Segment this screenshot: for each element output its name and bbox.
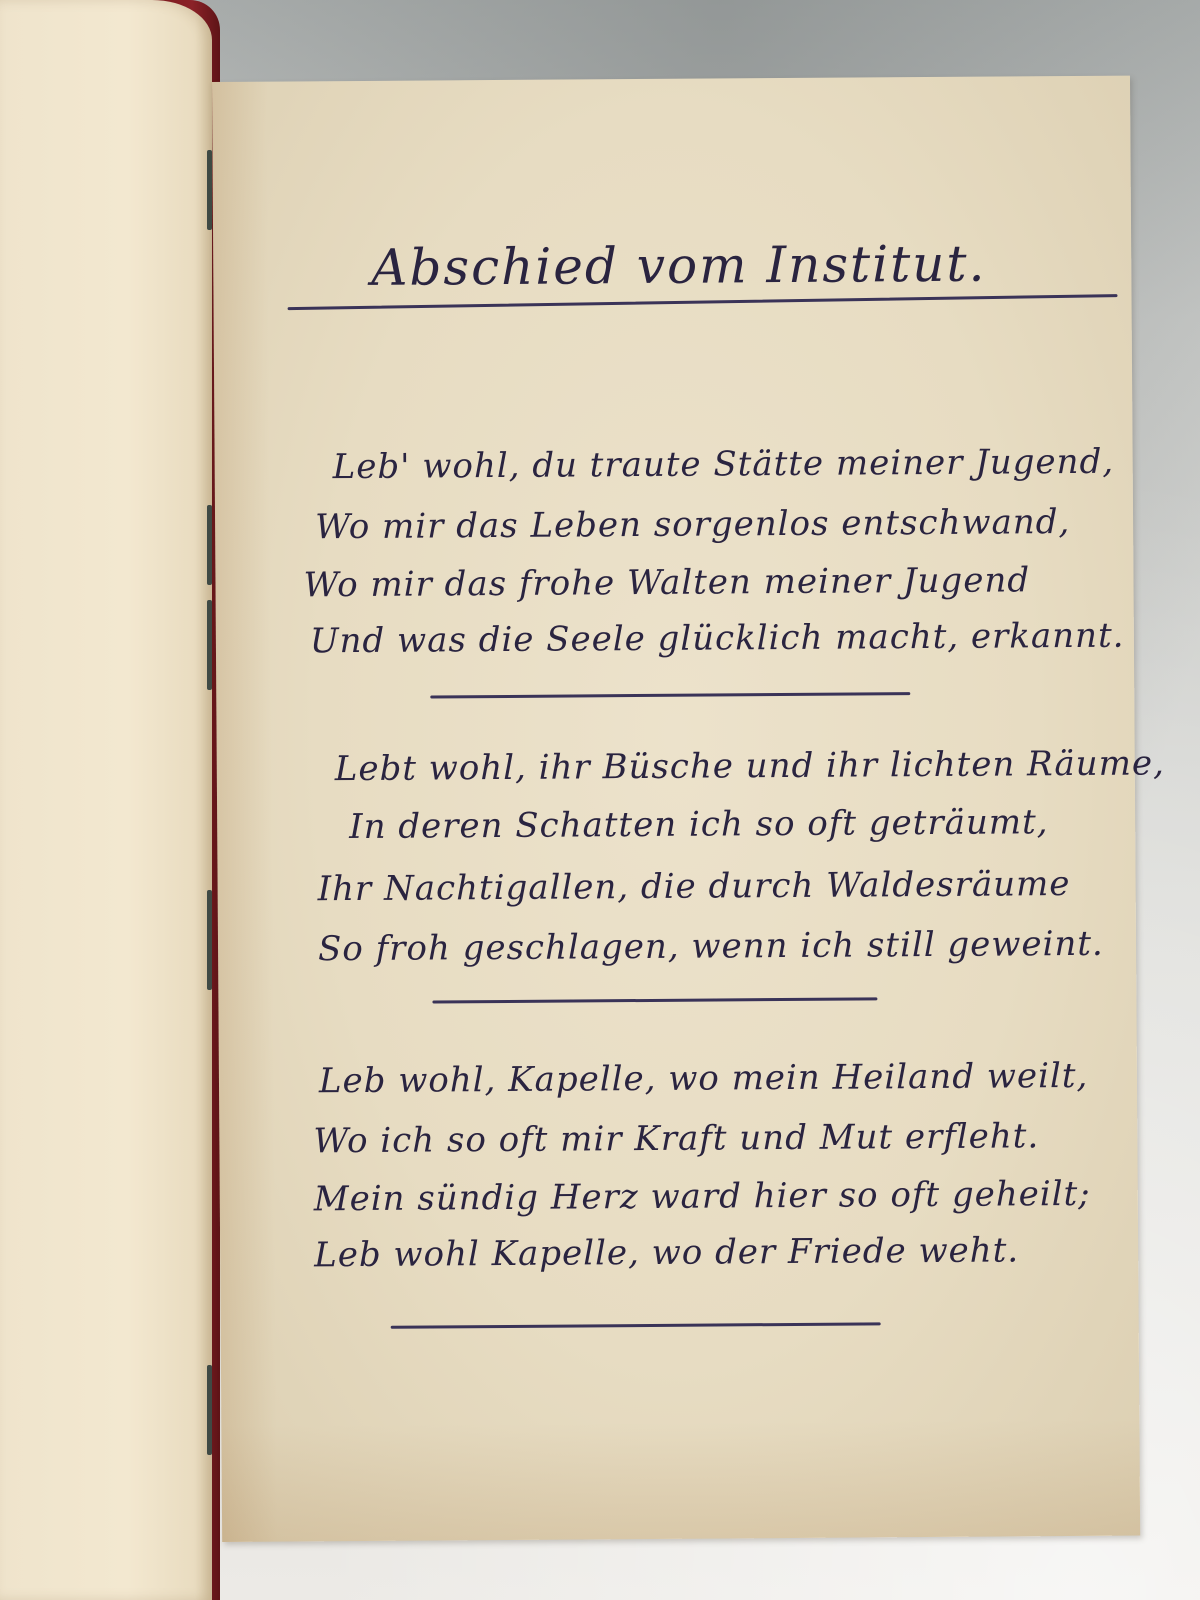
binding-stitch xyxy=(207,600,212,690)
verse-line: Leb wohl Kapelle, wo der Friede weht. xyxy=(314,1230,1019,1275)
verse-line: Und was die Seele glücklich macht, erkan… xyxy=(310,616,1125,662)
verse-line: Lebt wohl, ihr Büsche und ihr lichten Rä… xyxy=(335,743,1165,789)
binding-stitch xyxy=(207,505,212,585)
verse-line: Leb wohl, Kapelle, wo mein Heiland weilt… xyxy=(319,1056,1089,1101)
page-title: Abschied vom Institut. xyxy=(371,235,986,297)
closing-rule xyxy=(391,1322,881,1328)
binding-stitch xyxy=(207,150,212,230)
verse-line: Leb' wohl, du traute Stätte meiner Jugen… xyxy=(333,442,1115,487)
binding-stitch xyxy=(207,890,212,990)
verse-line: Wo ich so oft mir Kraft und Mut erfleht. xyxy=(313,1116,1039,1161)
left-page xyxy=(0,0,212,1600)
verse-line: Mein sündig Herz ward hier so oft geheil… xyxy=(314,1174,1091,1219)
right-page: Abschied vom Institut. Leb' wohl, du tra… xyxy=(212,76,1140,1542)
stanza-divider xyxy=(432,997,877,1003)
binding-stitch xyxy=(207,1365,212,1455)
verse-line: In deren Schatten ich so oft geträumt, xyxy=(349,802,1049,847)
verse-line: So froh geschlagen, wenn ich still gewei… xyxy=(318,924,1104,969)
verse-line: Wo mir das Leben sorgenlos entschwand, xyxy=(315,502,1070,547)
verse-line: Wo mir das frohe Walten meiner Jugend xyxy=(303,560,1030,605)
stanza-divider xyxy=(430,692,910,698)
verse-line: Ihr Nachtigallen, die durch Waldesräume xyxy=(317,864,1070,909)
